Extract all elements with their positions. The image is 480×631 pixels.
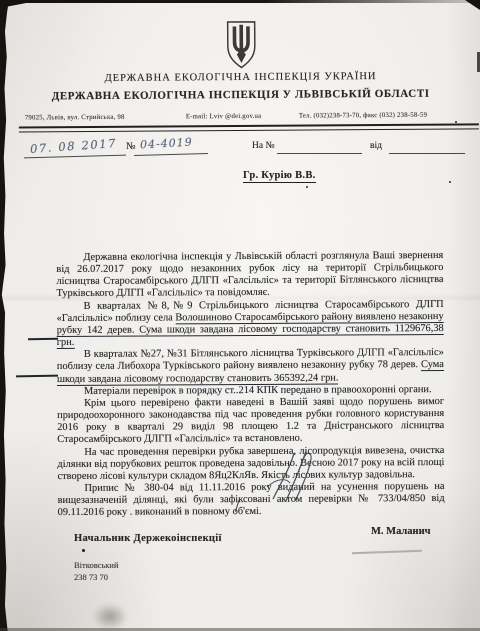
scan-edge-top — [0, 0, 480, 3]
paragraph-text: Матеріали перевірок в порядку ст..214 КП… — [84, 384, 432, 397]
org-address: 79025, Львів, вул. Стрийська, 98 — [25, 114, 125, 122]
from-date-blank-line — [389, 153, 465, 154]
letterhead-rule-bottom — [19, 128, 479, 133]
signature-faint-line — [352, 550, 422, 554]
signer-name: М. Маланич — [371, 526, 431, 537]
paragraph-quarter-8-9: В кварталах №8,№9 Стрільбицького лісницт… — [57, 299, 444, 350]
reply-to-blank-line — [277, 153, 362, 154]
paragraph-quarter-27-31: В кварталах №27, №31 Бітлянського лісниц… — [57, 347, 444, 385]
scanned-letter-page: ДЕРЖАВНА ЕКОЛОГІЧНА ІНСПЕКЦІЯ УКРАЇНИ ДЕ… — [0, 0, 480, 631]
paragraph-prescript: Припис № 380-04 від 11.11.2016 року вида… — [58, 481, 445, 519]
handwritten-signature — [263, 447, 335, 503]
paragraph-text: Державна екологічна інспекція у Львівськ… — [56, 250, 443, 299]
executor-name: Вітковський — [74, 559, 119, 571]
from-date-label: від — [370, 141, 382, 151]
number-blank-line — [134, 153, 208, 156]
paragraph-text: Припис № 380-04 від 11.11.2016 року вида… — [58, 481, 445, 518]
scan-smudge — [92, 603, 128, 630]
scan-corner-top-right — [465, 0, 480, 10]
paragraph-text: Крім цього перевірено факти наведені в В… — [57, 396, 444, 445]
executor-phone: 238 73 70 — [74, 571, 119, 583]
paragraph-inspection-result: На час проведення перевірки рубка заверш… — [57, 444, 444, 482]
signer-position-title: Начальник Держекоінспекції — [74, 533, 222, 544]
scan-speck — [455, 121, 457, 123]
org-phone-fax: Тел. (032)238-73-70, факс (032) 238-58-5… — [299, 112, 427, 120]
paragraph-additional-check: Крім цього перевірено факти наведені в В… — [57, 396, 444, 447]
paragraph-intro: Державна екологічна інспекція у Львівськ… — [56, 250, 443, 301]
ukraine-trident-emblem-icon — [223, 20, 259, 70]
org-name-regional: ДЕРЖАВНА ЕКОЛОГІЧНА ІНСПЕКЦІЯ У ЛЬВІВСЬК… — [1, 87, 480, 102]
org-name-national: ДЕРЖАВНА ЕКОЛОГІЧНА ІНСПЕКЦІЯ УКРАЇНИ — [1, 70, 480, 84]
pen-margin-mark — [16, 375, 58, 377]
addressee: Гр. Курію В.В. — [243, 170, 316, 183]
handwritten-date: 07. 08 2017 — [30, 136, 118, 156]
executor-block: Вітковський 238 73 70 — [74, 559, 119, 583]
letter-body: Державна екологічна інспекція у Львівськ… — [56, 250, 444, 519]
paragraph-text: В кварталах №27, №31 Бітлянського лісниц… — [57, 347, 444, 372]
scan-speck — [449, 181, 451, 183]
number-sign-label: № — [126, 141, 136, 152]
ink-dot — [82, 549, 85, 552]
reply-to-label: На № — [252, 141, 275, 151]
handwritten-outgoing-number: 04-4019 — [140, 136, 193, 152]
paragraph-text: На час проведення перевірки рубка заверш… — [57, 444, 444, 481]
scan-speck — [306, 186, 308, 188]
org-email: E-mail: Lviv @dei.gov.ua — [186, 113, 262, 121]
pen-margin-mark — [28, 338, 58, 340]
